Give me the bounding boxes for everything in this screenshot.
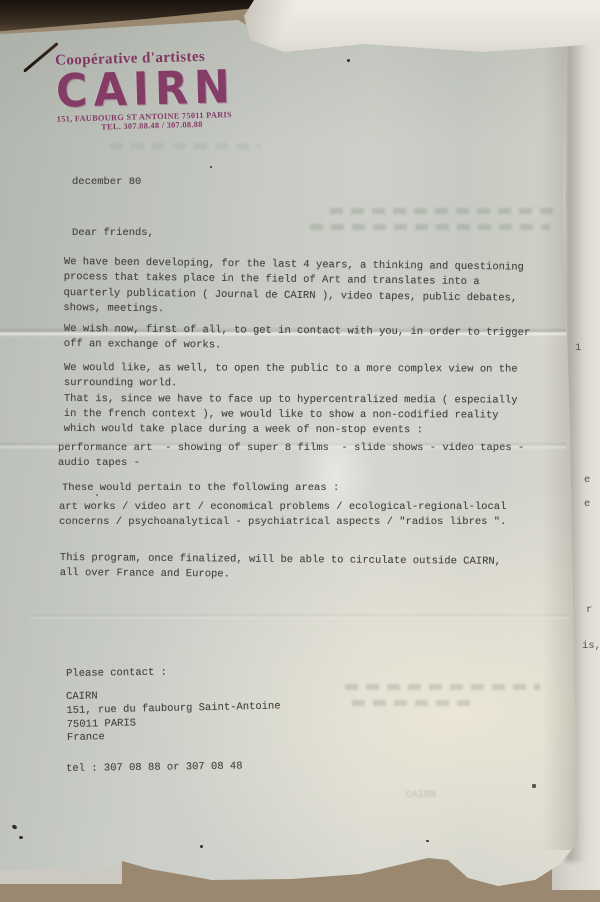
telephone-line: tel : 307 08 88 or 307 08 48: [66, 760, 243, 778]
paragraph-areas-list: art works / video art / economical probl…: [59, 500, 506, 531]
letter-sheet: Coopérative d'artistes CAIRN 151, FAUBOU…: [0, 0, 600, 890]
bleed-through-line: [110, 143, 260, 149]
fold-crease: [30, 612, 570, 620]
dust-speck: [11, 824, 17, 830]
cairn-rubber-stamp: Coopérative d'artistes CAIRN 151, FAUBOU…: [55, 47, 267, 132]
paragraph-event-list: performance art - showing of super 8 fil…: [58, 441, 524, 472]
photo-of-typewritten-letter: 1 e e r is, Coopérative d'artistes CAIRN…: [0, 0, 600, 902]
contact-address-block: CAIRN 151, rue du faubourg Saint-Antoine…: [66, 687, 281, 747]
bleed-through-line: [352, 700, 472, 706]
edge-text-fragment: is,: [582, 640, 600, 652]
dust-speck: [210, 166, 212, 168]
bleed-through-line: [330, 208, 560, 214]
edge-text-fragment: r: [586, 604, 592, 616]
paragraph-program: This program, once finalized, will be ab…: [60, 551, 501, 585]
staple-pin: [23, 42, 59, 73]
bleed-through-text: CAIRN: [406, 790, 436, 801]
dust-speck: [426, 840, 429, 842]
edge-text-fragment: e: [584, 498, 590, 510]
paragraph-developing: We have been developing, for the last 4 …: [63, 255, 524, 322]
dust-speck: [96, 494, 98, 496]
edge-text-fragment: 1: [575, 342, 581, 354]
bleed-through-line: [345, 684, 540, 690]
salutation: Dear friends,: [72, 226, 154, 241]
dust-speck: [200, 845, 203, 848]
paragraph-contact-wish: We wish now, first of all, to get in con…: [64, 322, 531, 357]
dust-speck: [532, 784, 536, 788]
cairn-logo: CAIRN: [55, 65, 266, 113]
letter-date: december 80: [72, 175, 141, 190]
bleed-through-line: [310, 224, 550, 230]
contact-intro: Please contact :: [66, 666, 167, 683]
dust-speck: [347, 59, 350, 62]
dust-speck: [19, 836, 23, 839]
paragraph-media: We would like, as well, to open the publ…: [64, 361, 518, 439]
edge-text-fragment: e: [584, 474, 590, 486]
paragraph-areas-intro: These would pertain to the following are…: [62, 481, 339, 496]
